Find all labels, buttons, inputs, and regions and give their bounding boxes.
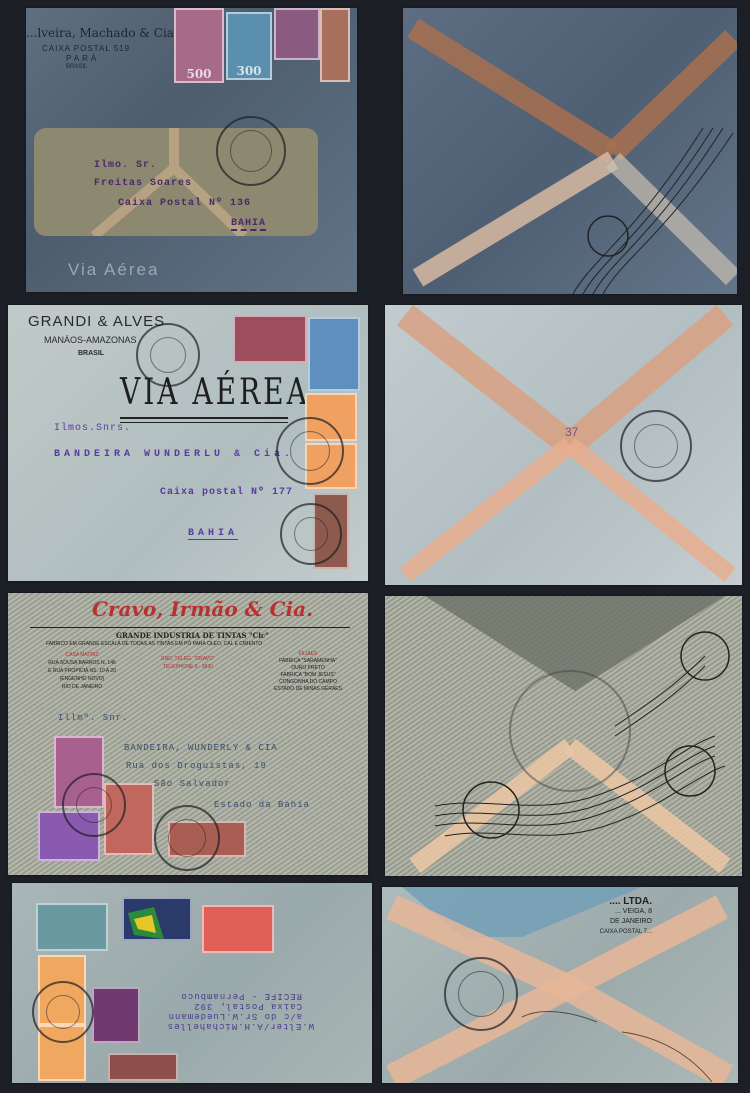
stamp: 300 [226,12,272,80]
center-column: END. TELEG. "CRAVO" TELEPHONE 9 - 3830 [148,655,228,671]
divider [30,627,350,628]
left-col-line: RUA SOUSA BARROS N. 146 [32,659,132,667]
cover-1-front: ...lveira, Machado & Cia. Lda. CAIXA POS… [26,8,357,292]
address-line-4: São Salvador [154,779,231,789]
address-line-1: W.Elter/A.H.Michahelles [154,1021,314,1031]
right-col-line: ESTADO DE MINAS GERAES [258,686,358,693]
via-aerea-label: Via Aérea [68,260,159,280]
stamp [122,897,192,941]
stamp: 500 [174,8,224,83]
right-col-line: OURO PRETO [258,665,358,672]
sender-line3: BRASIL [78,350,104,357]
cover-3-back [385,596,742,876]
address-line-4: BAHIA [188,528,238,540]
postmark [620,410,692,482]
sender-line3: PARÁ [66,54,99,63]
annotation: 37 [565,425,578,439]
flap-print: .... LTDA. ... VEIGA, 8 DE JANEIRO CAIXA… [532,897,652,937]
cover-3-front: Cravo, Irmão & Cia. GRANDE INDUSTRIA DE … [8,593,368,875]
flap-line: .... LTDA. [532,897,652,907]
stamp [274,8,320,60]
stamp [92,987,140,1043]
postmark [136,323,200,387]
sender-subtitle: FABRICO EM GRANDE ESCALA DE TODAS AS TIN… [46,641,262,647]
sender-name: Cravo, Irmão & Cia. [92,597,313,621]
stamp [36,903,108,951]
left-col-line: E RUA PROPICIA NS. 10 A 20 [32,667,132,675]
sender-line2: CAIXA POSTAL 519 [42,44,130,53]
stamp [108,1053,178,1081]
sender-tagline: GRANDE INDUSTRIA DE TINTAS "Clc" [116,631,269,640]
address-line-3: Caixa Postal Nº 136 [118,198,251,209]
center-col-line: TELEPHONE 9 - 3830 [148,663,228,671]
cover-1-back [403,8,737,294]
address-block-upside-down: W.Elter/A.H.Michahelles a/c do Sr.W.Lued… [154,991,314,1031]
cover-2-back: 37 [385,305,742,585]
address-line-1: Ilmo. Sr. [94,160,157,171]
postmark [32,981,94,1043]
right-col-line: FABRICA "SARAMENHA" [258,658,358,665]
stamp [308,317,360,391]
address-line-1: Ilmos.Snrs. [54,423,131,434]
stamp [202,905,274,953]
address-line-3: Rua dos Droguistas, 19 [126,761,267,771]
sender-name: GRANDI & ALVES [28,313,165,330]
address-line-5: Estado da Bahia [214,800,310,810]
right-col-line: CONGONHA DO CAMPO [258,679,358,686]
postmark [444,957,518,1031]
right-col-line: FABRICA "BOM JESUS" [258,672,358,679]
left-column: CASA MATRIZ RUA SOUSA BARROS N. 146 E RU… [32,651,132,691]
left-col-line: RIO DE JANEIRO [32,683,132,691]
address-line-1: Illmº. Snr. [58,713,128,723]
address-line-2: a/c do Sr.W.Luedemann [154,1011,302,1021]
postmark [276,417,344,485]
left-col-line: CASA MATRIZ [32,651,132,659]
address-line-2: BANDEIRA WUNDERLU & Cia. [54,449,294,460]
center-col-line: END. TELEG. "CRAVO" [148,655,228,663]
stamp [320,8,350,82]
stamp [233,315,307,363]
address-line-3: Caixa postal Nº 177 [160,487,293,498]
flap-line: CAIXA POSTAL 7... [532,927,652,937]
divider [120,417,288,423]
address-line-4: BAHIA [231,218,266,231]
cover-4-back: .... LTDA. ... VEIGA, 8 DE JANEIRO CAIXA… [382,887,738,1083]
postmark [154,805,220,871]
cover-2-front: GRANDI & ALVES MANÁOS-AMAZONAS BRASIL VI… [8,305,368,581]
right-column: FILIAES FABRICA "SARAMENHA" OURO PRETO F… [258,651,358,693]
cover-4-front: W.Elter/A.H.Michahelles a/c do Sr.W.Lued… [12,883,372,1083]
postmark [280,503,342,565]
address-line-4: RECIFE - Pernambuco [154,991,302,1001]
right-col-line: FILIAES [258,651,358,658]
address-line-2: BANDEIRA, WUNDERLY & CIA [124,743,278,753]
flap-line: ... VEIGA, 8 [532,907,652,917]
address-line-3: Caixa Postal, 392 [154,1001,302,1011]
postmark [62,773,126,837]
sender-line4: BRASIL [66,64,87,70]
postmark [216,116,286,186]
address-line-2: Freitas Soares [94,178,192,189]
left-col-line: (ENGENHO NOVO) [32,675,132,683]
sender-line2: MANÁOS-AMAZONAS [44,335,137,345]
flap-line: DE JANEIRO [532,917,652,927]
